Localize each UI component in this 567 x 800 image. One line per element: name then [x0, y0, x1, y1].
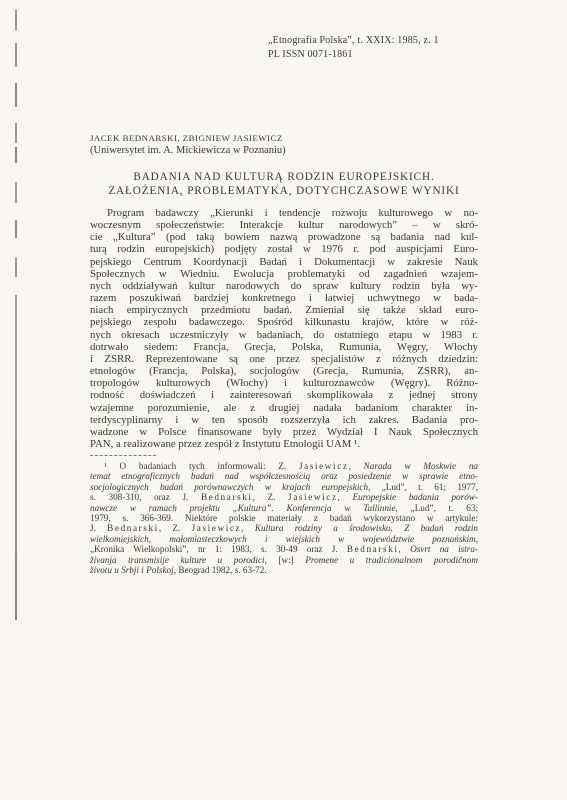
journal-header: „Etnografia Polska”, t. XXIX: 1985, z. 1… [268, 34, 439, 61]
scan-artifact-mark [15, 258, 17, 277]
text-line: i ZSRR. Reprezentowane są one przez spec… [90, 353, 478, 365]
text-line: Społecznych w Wiedniu. Ewolucja problema… [90, 268, 478, 280]
text-line: ¹ O badaniach tych informowali: Z. Jasie… [90, 461, 478, 471]
text-line: wielkomiejskich, małomiasteczkowych i wi… [90, 534, 478, 544]
text-line: nawcze w ramach projektu „Kultura”. Konf… [90, 503, 478, 513]
text-line: s. 308-310, oraz J. Bednarski, Z. Jasiew… [90, 492, 478, 502]
text-line: terdyscyplinarny i w ten sposób rozszerz… [90, 414, 478, 426]
text-line: cie „Kultura” (pod taką bowiem nazwą pro… [90, 231, 478, 243]
scan-artifact-line [15, 555, 17, 620]
author-names: JACEK BEDNARSKI, ZBIGNIEW JASIEWICZ [90, 133, 286, 143]
text-line: etnologów (Francja, Polska), socjologów … [90, 365, 478, 377]
text-line: wadzone w Polsce finansowane były przez … [90, 426, 478, 438]
scan-artifact-mark [15, 83, 17, 107]
scanned-page: „Etnografia Polska”, t. XXIX: 1985, z. 1… [0, 0, 567, 800]
text-line: wzajemne porozumienie, ale z drugiej nad… [90, 402, 478, 414]
author-affiliation: (Uniwersytet im. A. Mickiewicza w Poznan… [90, 145, 286, 156]
scan-artifact-mark [15, 147, 17, 163]
footnote-separator-rule [90, 455, 156, 456]
text-line: turą rodzin europejskich) podjęty został… [90, 243, 478, 255]
text-line: temat etnograficznych badań nad współcze… [90, 471, 478, 481]
journal-title-line: „Etnografia Polska”, t. XXIX: 1985, z. 1 [268, 34, 439, 48]
scan-artifact-mark [15, 43, 17, 67]
scan-artifact-mark [15, 10, 17, 30]
scan-artifact-mark [15, 220, 17, 238]
text-line: rodność doświadczeń i zainteresowań skom… [90, 389, 478, 401]
text-line: pejskiego Centrum Koordynacji Badań i Do… [90, 256, 478, 268]
text-line: pejskiego zespołu badawczego. Spośród ki… [90, 316, 478, 328]
text-line: J. Bednarski, Z. Jasiewicz, Kultura rodz… [90, 523, 478, 533]
article-title-line2: ZAŁOŻENIA, PROBLEMATYKA, DOTYCHCZASOWE W… [90, 184, 478, 198]
article-body: Program badawczy „Kierunki i tendencje r… [90, 207, 478, 450]
footnote: ¹ O badaniach tych informowali: Z. Jasie… [90, 461, 478, 575]
text-line: 1979, s. 366-369. Niektóre polskie mater… [90, 513, 478, 523]
article-title: BADANIA NAD KULTURĄ RODZIN EUROPEJSKICH.… [90, 170, 478, 198]
scan-artifact-line [15, 295, 17, 440]
scan-artifact-line [15, 440, 17, 555]
text-line: „Kronika Wielkopolski”, nr 1: 1983, s. 3… [90, 544, 478, 554]
issn-line: PL ISSN 0071-1861 [268, 48, 439, 62]
text-line: nych okresach uczestniczyły w badaniach,… [90, 329, 478, 341]
text-line: niach empirycznych przedmiotu badań. Zmi… [90, 304, 478, 316]
text-line: razem poszukiwań bardziej konkretnego i … [90, 292, 478, 304]
text-line: tropologów kulturowych (Włochy) i kultur… [90, 377, 478, 389]
scan-artifact-mark [15, 123, 17, 143]
text-line: Program badawczy „Kierunki i tendencje r… [90, 207, 478, 219]
text-line: PAN, a realizowane przez zespół z Instyt… [90, 438, 478, 450]
text-line: woczesnym społeczeństwie: Interakcje kul… [90, 219, 478, 231]
text-line: socjologicznych badań porównawczych w kr… [90, 482, 478, 492]
text-line: dotrwało siedem: Francja, Grecja, Polska… [90, 341, 478, 353]
text-line: životu u Srbji i Polskoj, Beograd 1982, … [90, 565, 478, 575]
authors-block: JACEK BEDNARSKI, ZBIGNIEW JASIEWICZ (Uni… [90, 133, 286, 156]
text-line: živanja transmisije kulture u porodici, … [90, 555, 478, 565]
text-line: nych oddziaływań kultur narodowych do sp… [90, 280, 478, 292]
article-title-line1: BADANIA NAD KULTURĄ RODZIN EUROPEJSKICH. [90, 170, 478, 184]
scan-artifact-mark [15, 182, 17, 203]
